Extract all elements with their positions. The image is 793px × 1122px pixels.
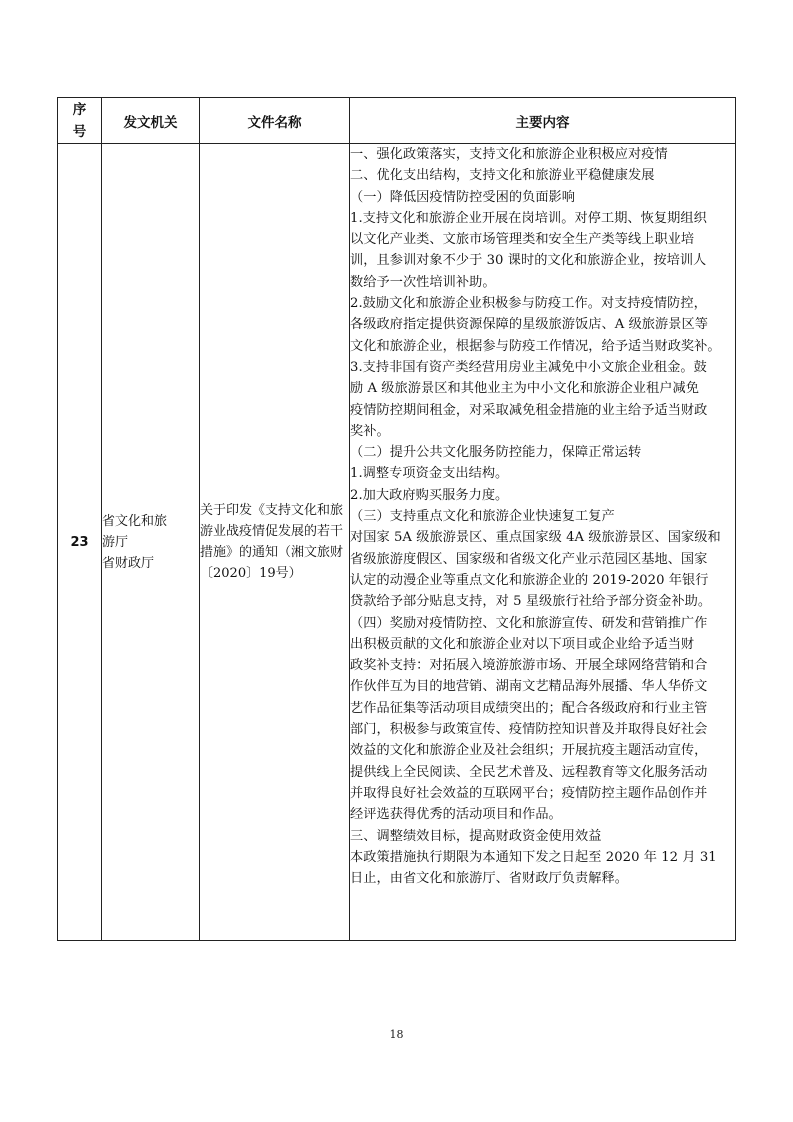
content-line: 数给予一次性培训补助。 [350,272,735,293]
content-line: 政奖补支持：对拓展入境游旅游市场、开展全球网络营销和合 [350,655,735,676]
header-main-content: 主要内容 [350,98,736,144]
content-line: 二、优化支出结构，支持文化和旅游业平稳健康发展 [350,165,735,186]
content-line: 部门，积极参与政策宣传、疫情防控知识普及并取得良好社会 [350,719,735,740]
content-line: 贷款给予部分贴息支持，对 5 星级旅行社给予部分资金补助。 [350,591,735,612]
content-line: 作伙伴互为目的地营销、湖南文艺精品海外展播、华人华侨文 [350,676,735,697]
content-line: 日止，由省文化和旅游厅、省财政厅负责解释。 [350,868,735,889]
header-seq: 序 号 [58,98,102,144]
content-line: 对国家 5A 级旅游景区、重点国家级 4A 级旅游景区、国家级和 [350,527,735,548]
row-document-name: 关于印发《支持文化和旅游业战疫情促发展的若干措施》的通知（湘文旅财〔2020〕1… [200,144,350,941]
org-line: 省文化和旅 [102,511,199,532]
row-seq-number: 23 [58,144,102,941]
content-line: 1.支持文化和旅游企业开展在岗培训。对停工期、恢复期组织 [350,208,735,229]
content-line: 出积极贡献的文化和旅游企业对以下项目或企业给予适当财 [350,634,735,655]
content-line: （四）奖励对疫情防控、文化和旅游宣传、研发和营销推广作 [350,613,735,634]
content-line: （一）降低因疫情防控受困的负面影响 [350,187,735,208]
header-issuing-authority: 发文机关 [102,98,200,144]
content-line: 本政策措施执行期限为本通知下发之日起至 2020 年 12 月 31 [350,847,735,868]
content-line: 2.加大政府购买服务力度。 [350,485,735,506]
content-line: 提供线上全民阅读、全民艺术普及、远程教育等文化服务活动 [350,762,735,783]
row-issuing-authority: 省文化和旅 游厅 省财政厅 [102,144,200,941]
page-number: 18 [0,1028,793,1041]
table-header-row: 序 号 发文机关 文件名称 主要内容 [58,98,736,144]
content-line: 效益的文化和旅游企业及社会组织；开展抗疫主题活动宣传， [350,740,735,761]
content-lines: 一、强化政策落实，支持文化和旅游企业积极应对疫情二、优化支出结构，支持文化和旅游… [350,144,735,889]
content-line: 励 A 级旅游景区和其他业主为中小文化和旅游企业租户减免 [350,378,735,399]
content-line: 一、强化政策落实，支持文化和旅游企业积极应对疫情 [350,144,735,165]
document-page: 序 号 发文机关 文件名称 主要内容 23 省文化和旅 游厅 省财政厅 关于印发… [0,0,793,1122]
org-line: 游厅 [102,532,199,553]
content-line: 认定的动漫企业等重点文化和旅游企业的 2019-2020 年银行 [350,570,735,591]
content-line: 省级旅游度假区、国家级和省级文化产业示范园区基地、国家 [350,549,735,570]
content-line: （二）提升公共文化服务防控能力，保障正常运转 [350,442,735,463]
org-line: 省财政厅 [102,553,199,574]
content-line: 三、调整绩效目标，提高财政资金使用效益 [350,826,735,847]
content-line: 1.调整专项资金支出结构。 [350,463,735,484]
header-seq-char-2: 号 [58,121,101,143]
content-line: 奖补。 [350,421,735,442]
content-line: 并取得良好社会效益的互联网平台；疫情防控主题作品创作并 [350,783,735,804]
content-line: 3.支持非国有资产类经营用房业主减免中小文旅企业租金。鼓 [350,357,735,378]
header-document-name: 文件名称 [200,98,350,144]
content-line: 经评选获得优秀的活动项目和作品。 [350,804,735,825]
content-line: 疫情防控期间租金，对采取减免租金措施的业主给予适当财政 [350,400,735,421]
row-main-content: 一、强化政策落实，支持文化和旅游企业积极应对疫情二、优化支出结构，支持文化和旅游… [350,144,736,941]
header-seq-char-1: 序 [58,99,101,121]
content-line: 训，且参训对象不少于 30 课时的文化和旅游企业，按培训人 [350,250,735,271]
content-line: 各级政府指定提供资源保障的星级旅游饭店、A 级旅游景区等 [350,314,735,335]
content-line: 以文化产业类、文旅市场管理类和安全生产类等线上职业培 [350,229,735,250]
content-line: 艺作品征集等活动项目成绩突出的；配合各级政府和行业主管 [350,698,735,719]
content-line: （三）支持重点文化和旅游企业快速复工复产 [350,506,735,527]
table-row: 23 省文化和旅 游厅 省财政厅 关于印发《支持文化和旅游业战疫情促发展的若干措… [58,144,736,941]
content-line: 文化和旅游企业，根据参与防疫工作情况，给予适当财政奖补。 [350,336,735,357]
policy-table: 序 号 发文机关 文件名称 主要内容 23 省文化和旅 游厅 省财政厅 关于印发… [57,97,736,941]
content-line: 2.鼓励文化和旅游企业积极参与防疫工作。对支持疫情防控， [350,293,735,314]
